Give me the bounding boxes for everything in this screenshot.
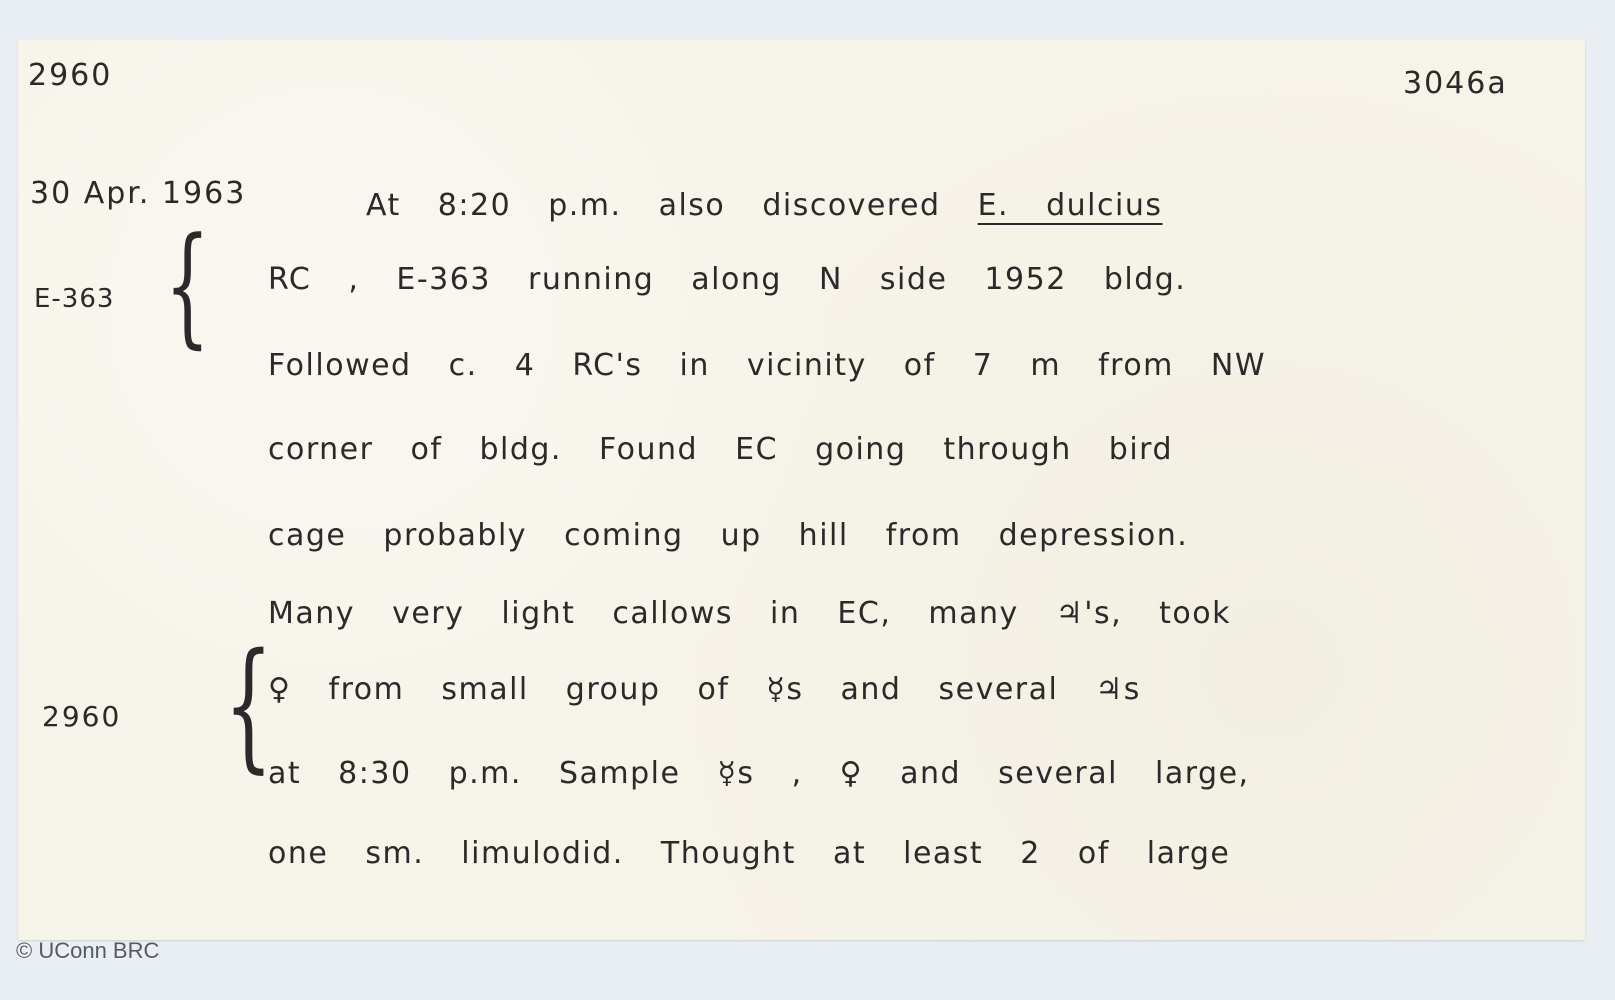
species-name: E. dulcius [978,188,1163,223]
copyright-notice: © UConn BRC [16,938,159,964]
index-card: 2960 3046a 30 Apr. 1963 At 8:20 p.m. als… [18,40,1585,940]
note-line-4: corner of bldg. Found EC going through b… [268,432,1173,467]
note-line-9: one sm. limulodid. Thought at least 2 of… [268,836,1230,871]
date-entry: 30 Apr. 1963 [30,176,246,211]
note-line-3: Followed c. 4 RC's in vicinity of 7 m fr… [268,348,1266,383]
margin-note-e363: E-363 [34,284,114,314]
note-line-2: RC , E-363 running along N side 1952 bld… [268,262,1186,297]
note-line-5: cage probably coming up hill from depres… [268,518,1188,553]
note-line-7: ♀ from small group of ☿s and several ♃s [268,672,1141,707]
bracket-icon: { [224,636,273,776]
bracket-icon: { [165,220,210,350]
note-line-8: at 8:30 p.m. Sample ☿s , ♀ and several l… [268,756,1250,791]
note-line-1: At 8:20 p.m. also discovered E. dulcius [366,188,1163,223]
note-line-6: Many very light callows in EC, many ♃'s,… [268,596,1231,631]
margin-note-2960: 2960 [42,700,121,733]
card-number-top-right: 3046a [1403,66,1508,101]
card-number-top-left: 2960 [28,58,112,93]
note-text: At 8:20 p.m. also discovered [366,188,978,223]
